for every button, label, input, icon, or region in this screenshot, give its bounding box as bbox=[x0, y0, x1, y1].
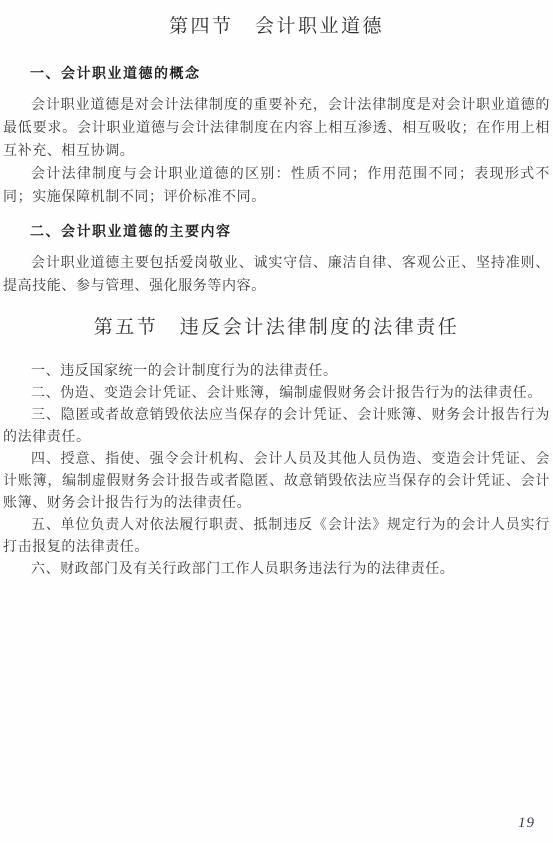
legal-liability-item-4: 四、授意、指使、强令会计机构、会计人员及其他人员伪造、变造会计凭证、会计账簿，编… bbox=[3, 449, 550, 515]
section4-heading-concept: 一、会计职业道德的概念 bbox=[3, 64, 550, 82]
paragraph-content: 会计职业道德主要包括爱岗敬业、诚实守信、廉洁自律、客观公正、坚持准则、提高技能、… bbox=[3, 252, 550, 298]
paragraph-difference: 会计法律制度与会计职业道德的区别：性质不同；作用范围不同；表现形式不同；实施保障… bbox=[3, 163, 550, 209]
legal-liability-item-5: 五、单位负责人对依法履行职责、抵制违反《会计法》规定行为的会计人员实行打击报复的… bbox=[3, 515, 550, 559]
legal-liability-item-6: 六、财政部门及有关行政部门工作人员职务违法行为的法律责任。 bbox=[3, 559, 550, 581]
section4-heading-content: 二、会计职业道德的主要内容 bbox=[3, 222, 550, 240]
section4-title: 第四节 会计职业道德 bbox=[3, 14, 550, 40]
section5-title: 第五节 违反会计法律制度的法律责任 bbox=[3, 315, 550, 341]
paragraph-supplement: 会计职业道德是对会计法律制度的重要补充，会计法律制度是对会计职业道德的最低要求。… bbox=[3, 94, 550, 163]
legal-liability-item-3: 三、隐匿或者故意销毁依法应当保存的会计凭证、会计账簿、财务会计报告行为的法律责任… bbox=[3, 405, 550, 449]
document-page: 第四节 会计职业道德 一、会计职业道德的概念 会计职业道德是对会计法律制度的重要… bbox=[0, 0, 553, 843]
page-number: 19 bbox=[518, 815, 535, 832]
legal-liability-item-1: 一、违反国家统一的会计制度行为的法律责任。 bbox=[3, 361, 550, 383]
legal-liability-item-2: 二、伪造、变造会计凭证、会计账簿，编制虚假财务会计报告行为的法律责任。 bbox=[3, 383, 550, 405]
